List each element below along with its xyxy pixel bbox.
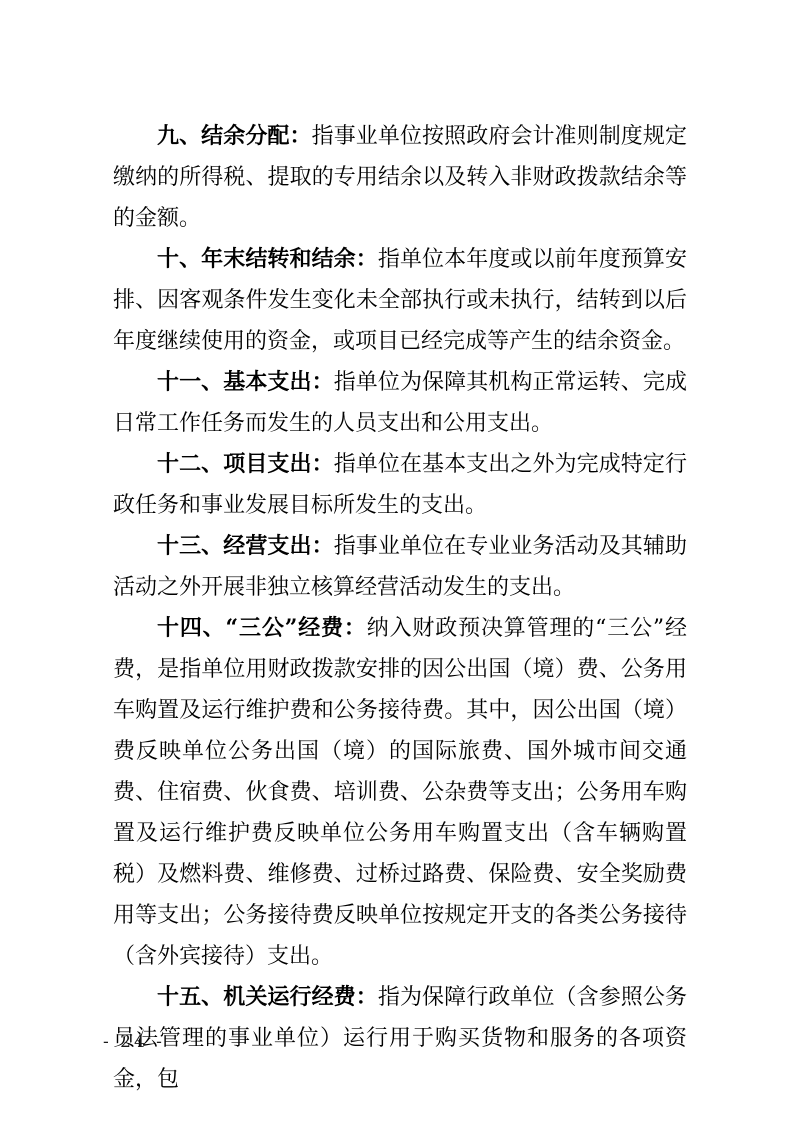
term-label: 十二、项目支出： <box>157 451 334 477</box>
definition-paragraph: 十二、项目支出：指单位在基本支出之外为完成特定行政任务和事业发展目标所发生的支出… <box>113 444 687 526</box>
definition-paragraph: 十、年末结转和结余：指单位本年度或以前年度预算安排、因客观条件发生变化未全部执行… <box>113 239 687 362</box>
term-label: 九、结余分配： <box>157 123 312 149</box>
term-label: 十、年末结转和结余： <box>157 246 378 272</box>
term-label: 十一、基本支出： <box>157 369 334 395</box>
definition-paragraph: 十三、经营支出：指事业单位在专业业务活动及其辅助活动之外开展非独立核算经营活动发… <box>113 526 687 608</box>
term-label: 十三、经营支出： <box>157 533 334 559</box>
document-body: 九、结余分配：指事业单位按照政府会计准则制度规定缴纳的所得税、提取的专用结余以及… <box>113 116 687 1100</box>
definition-paragraph: 十四、“三公”经费：纳入财政预决算管理的“三公”经费，是指单位用财政拨款安排的因… <box>113 608 687 977</box>
definition-paragraph: 十五、机关运行经费：指为保障行政单位（含参照公务员法管理的事业单位）运行用于购买… <box>113 977 687 1100</box>
term-definition: 纳入财政预决算管理的“三公”经费，是指单位用财政拨款安排的因公出国（境）费、公务… <box>113 616 687 969</box>
term-label: 十五、机关运行经费： <box>157 984 378 1010</box>
term-label: 十四、“三公”经费： <box>157 615 367 641</box>
definition-paragraph: 九、结余分配：指事业单位按照政府会计准则制度规定缴纳的所得税、提取的专用结余以及… <box>113 116 687 239</box>
definition-paragraph: 十一、基本支出：指单位为保障其机构正常运转、完成日常工作任务而发生的人员支出和公… <box>113 362 687 444</box>
document-page: 九、结余分配：指事业单位按照政府会计准则制度规定缴纳的所得税、提取的专用结余以及… <box>0 0 793 1122</box>
page-number: - 24 - <box>103 1031 165 1053</box>
